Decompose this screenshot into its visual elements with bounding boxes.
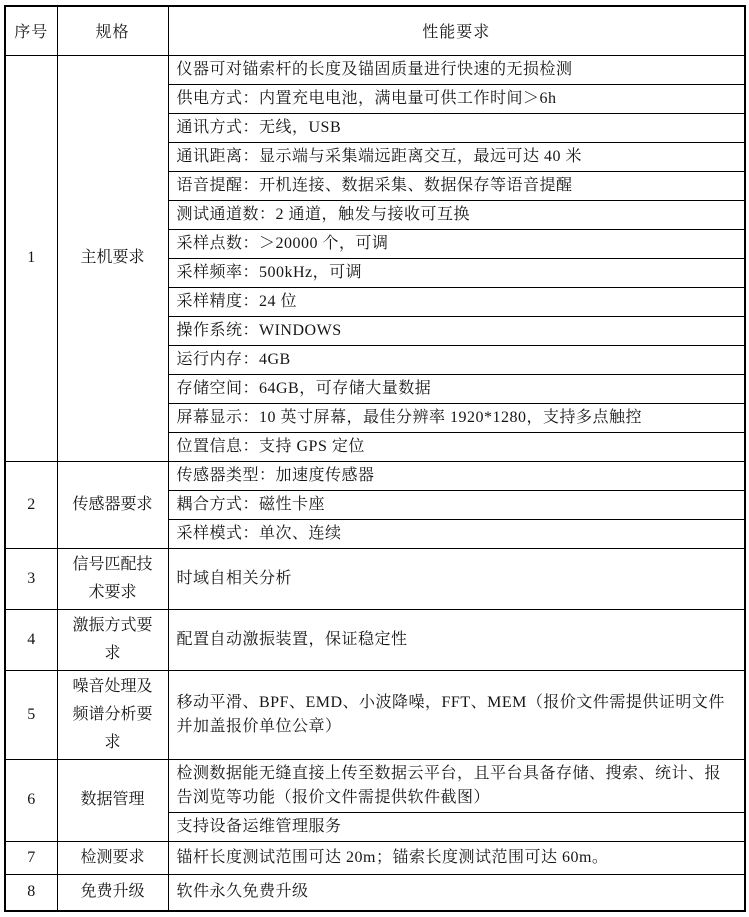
- table-row: 8 免费升级 软件永久免费升级: [5, 874, 745, 911]
- row-number: 1: [5, 55, 57, 461]
- requirement-item: 运行内存：4GB: [168, 345, 745, 374]
- requirement-item: 供电方式：内置充电电池，满电量可供工作时间＞6h: [168, 84, 745, 113]
- requirement-item: 操作系统：WINDOWS: [168, 316, 745, 345]
- header-spec: 规格: [57, 6, 168, 55]
- requirement-item: 耦合方式：磁性卡座: [168, 490, 745, 519]
- table-row: 6 数据管理 检测数据能无缝直接上传至数据云平台，且平台具备存储、搜索、统计、报…: [5, 759, 745, 812]
- requirement-item: 软件永久免费升级: [168, 874, 745, 911]
- table-row: 5 噪音处理及频谱分析要求 移动平滑、BPF、EMD、小波降噪，FFT、MEM（…: [5, 670, 745, 759]
- requirement-item: 锚杆长度测试范围可达 20m；锚索长度测试范围可达 60m。: [168, 841, 745, 874]
- row-number: 4: [5, 609, 57, 670]
- requirement-item: 移动平滑、BPF、EMD、小波降噪，FFT、MEM（报价文件需提供证明文件并加盖…: [168, 670, 745, 759]
- spec-name: 免费升级: [57, 874, 168, 911]
- requirement-item: 传感器类型：加速度传感器: [168, 461, 745, 490]
- requirement-item: 支持设备运维管理服务: [168, 812, 745, 841]
- requirement-item: 语音提醒：开机连接、数据采集、数据保存等语音提醒: [168, 171, 745, 200]
- requirement-item: 采样点数：＞20000 个，可调: [168, 229, 745, 258]
- header-row: 序号 规格 性能要求: [5, 6, 745, 55]
- requirement-item: 位置信息：支持 GPS 定位: [168, 432, 745, 461]
- requirement-item: 屏幕显示：10 英寸屏幕，最佳分辨率 1920*1280，支持多点触控: [168, 403, 745, 432]
- table-row: 2 传感器要求 传感器类型：加速度传感器: [5, 461, 745, 490]
- table-row: 4 激振方式要求 配置自动激振装置，保证稳定性: [5, 609, 745, 670]
- requirement-item: 检测数据能无缝直接上传至数据云平台，且平台具备存储、搜索、统计、报告浏览等功能（…: [168, 759, 745, 812]
- requirement-item: 采样精度：24 位: [168, 287, 745, 316]
- spec-name: 激振方式要求: [57, 609, 168, 670]
- requirement-item: 通讯距离：显示端与采集端远距离交互，最远可达 40 米: [168, 142, 745, 171]
- spec-name: 传感器要求: [57, 461, 168, 548]
- spec-name: 检测要求: [57, 841, 168, 874]
- requirement-item: 存储空间：64GB，可存储大量数据: [168, 374, 745, 403]
- document-page: 序号 规格 性能要求 1 主机要求 仪器可对锚索杆的长度及锚固质量进行快速的无损…: [0, 0, 749, 917]
- row-number: 2: [5, 461, 57, 548]
- requirement-item: 仪器可对锚索杆的长度及锚固质量进行快速的无损检测: [168, 55, 745, 84]
- requirement-item: 采样频率：500kHz，可调: [168, 258, 745, 287]
- row-number: 7: [5, 841, 57, 874]
- header-requirement: 性能要求: [168, 6, 745, 55]
- requirement-item: 通讯方式：无线，USB: [168, 113, 745, 142]
- header-no: 序号: [5, 6, 57, 55]
- requirement-item: 采样模式：单次、连续: [168, 519, 745, 548]
- row-number: 5: [5, 670, 57, 759]
- table-row: 1 主机要求 仪器可对锚索杆的长度及锚固质量进行快速的无损检测: [5, 55, 745, 84]
- requirement-item: 时域自相关分析: [168, 548, 745, 609]
- spec-name: 噪音处理及频谱分析要求: [57, 670, 168, 759]
- row-number: 6: [5, 759, 57, 841]
- spec-name: 信号匹配技术要求: [57, 548, 168, 609]
- spec-name: 数据管理: [57, 759, 168, 841]
- requirement-item: 测试通道数：2 通道，触发与接收可互换: [168, 200, 745, 229]
- requirement-item: 配置自动激振装置，保证稳定性: [168, 609, 745, 670]
- spec-name: 主机要求: [57, 55, 168, 461]
- row-number: 3: [5, 548, 57, 609]
- table-row: 3 信号匹配技术要求 时域自相关分析: [5, 548, 745, 609]
- spec-table: 序号 规格 性能要求 1 主机要求 仪器可对锚索杆的长度及锚固质量进行快速的无损…: [4, 5, 746, 912]
- table-row: 7 检测要求 锚杆长度测试范围可达 20m；锚索长度测试范围可达 60m。: [5, 841, 745, 874]
- row-number: 8: [5, 874, 57, 911]
